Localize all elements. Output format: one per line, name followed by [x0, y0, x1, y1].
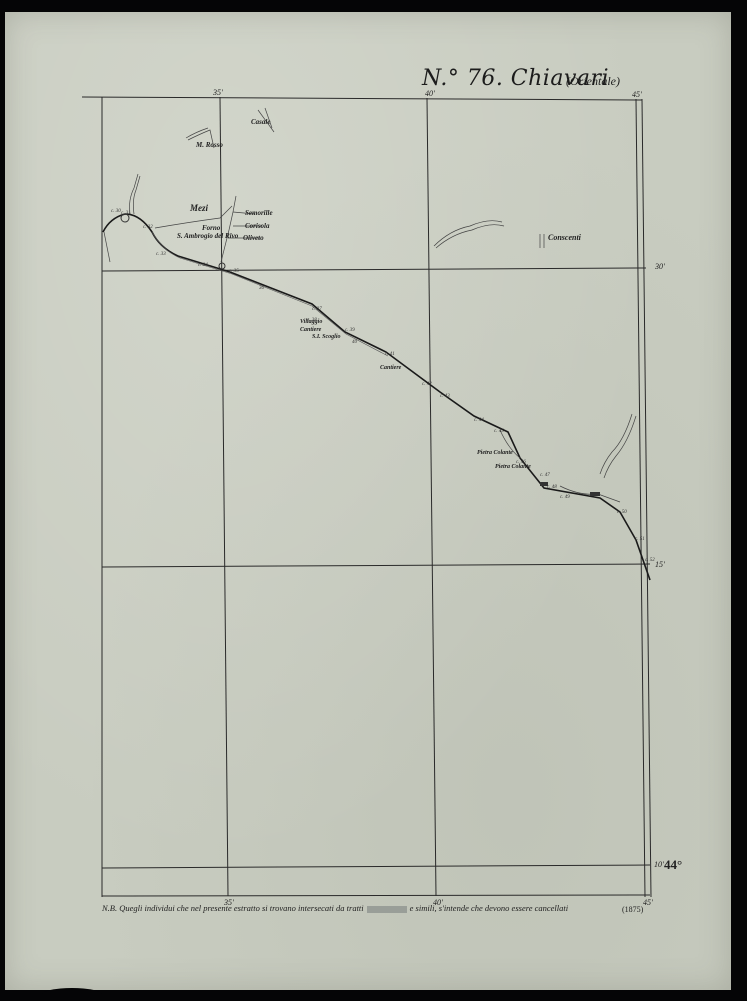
- place-label: Cantiere: [380, 365, 401, 371]
- station-marker: c. 35: [229, 269, 239, 274]
- station-marker: c. 33: [156, 252, 166, 257]
- right-tick-44-prefix: 10': [654, 860, 664, 869]
- towns: [121, 214, 600, 496]
- station-marker: c. 38: [307, 318, 317, 323]
- place-label: S. Ambrogio del Rivo: [177, 232, 238, 240]
- footnote: N.B. Quegli individui che nel presente e…: [102, 903, 568, 913]
- map-year: (1875): [622, 905, 643, 914]
- right-tick-44: 44°: [664, 857, 682, 873]
- place-label: Pietra Colante: [477, 450, 513, 456]
- footnote-text-end: e simili, s'intende che devono essere ca…: [410, 903, 568, 913]
- place-label: Oliveto: [243, 234, 264, 242]
- station-marker: 40: [352, 340, 357, 345]
- bottom-tick-45: 45': [643, 898, 653, 907]
- station-marker: c. 51: [635, 537, 645, 542]
- footnote-text-start: N.B. Quegli individui che nel presente e…: [102, 903, 364, 913]
- rivers-and-roads: [104, 108, 636, 502]
- place-label: Corisola: [245, 222, 270, 230]
- place-label: Semorille: [245, 209, 273, 217]
- station-marker: c. 49: [560, 495, 570, 500]
- top-tick-35: 35': [213, 88, 223, 97]
- right-tick-30: 30': [655, 262, 665, 271]
- station-marker: c. 50: [617, 510, 627, 515]
- place-label: Forno: [202, 224, 220, 232]
- map-canvas: [0, 0, 747, 1001]
- station-marker: c. 52: [645, 558, 655, 563]
- station-marker: c. 46: [516, 460, 526, 465]
- place-label: S.I. Scoglio: [312, 334, 341, 340]
- station-marker: c. 30: [111, 209, 121, 214]
- station-marker: 36: [259, 286, 264, 291]
- station-marker: c. 32: [143, 225, 153, 230]
- map-subtitle: (Orientale): [566, 74, 620, 89]
- right-tick-15: 15': [655, 560, 665, 569]
- station-marker: c. 42: [422, 382, 432, 387]
- station-marker: c. 31: [121, 211, 131, 216]
- top-tick-40: 40': [425, 89, 435, 98]
- place-label: Conscenti: [548, 233, 581, 242]
- station-marker: c. 41: [385, 352, 395, 357]
- station-marker: c. 44: [474, 418, 484, 423]
- station-marker: c. 48: [547, 485, 557, 490]
- redacted-sample: [367, 906, 407, 913]
- station-marker: c. 37: [312, 307, 322, 312]
- station-marker: c. 34: [198, 263, 208, 268]
- station-marker: c. 45: [494, 429, 504, 434]
- place-label: Cantiere: [300, 327, 321, 333]
- station-marker: c. 39: [345, 328, 355, 333]
- place-label: Casale: [251, 118, 270, 126]
- place-label: M. Rosso: [196, 141, 223, 149]
- top-tick-45: 45': [632, 90, 642, 99]
- station-marker: c. 47: [540, 473, 550, 478]
- place-label: Mezi: [190, 203, 208, 213]
- station-marker: c. 43: [440, 394, 450, 399]
